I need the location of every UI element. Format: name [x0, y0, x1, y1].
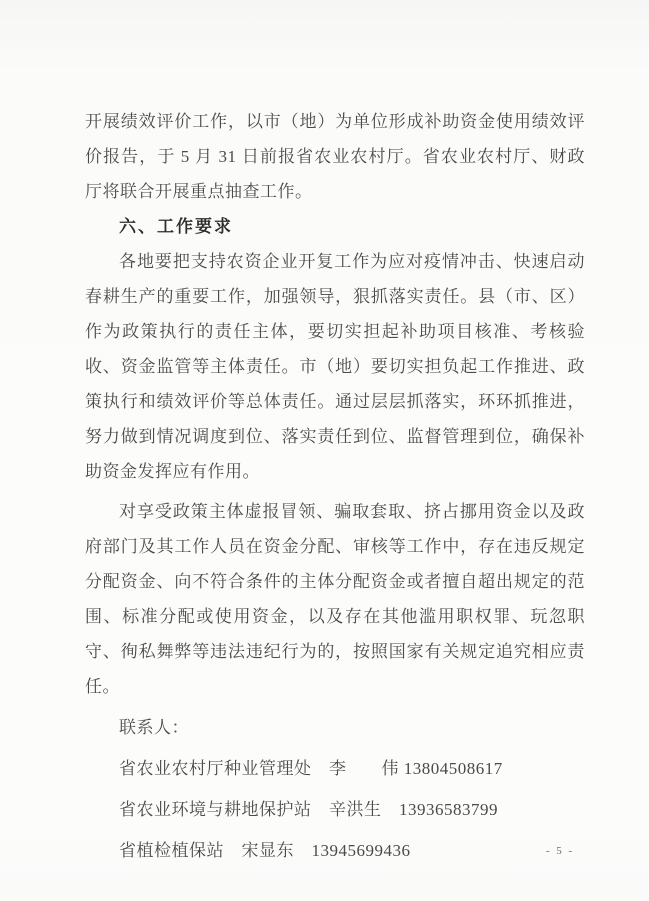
contact-line-farmland-protection: 省农业环境与耕地保护站 辛洪生 13936583799 — [85, 792, 585, 827]
contacts-label: 联系人： — [85, 710, 585, 745]
document-page: 开展绩效评价工作，以市（地）为单位形成补助资金使用绩效评价报告，于 5 月 31… — [0, 0, 649, 901]
paragraph-work-requirements: 各地要把支持农资企业开复工作为应对疫情冲击、快速启动春耕生产的重要工作，加强领导… — [85, 244, 585, 489]
contact-line-plant-protection: 省植检植保站 宋显东 13945699436 — [85, 833, 585, 868]
section-heading-six: 六、工作要求 — [85, 209, 585, 244]
contact-line-seed-management: 省农业农村厅种业管理处 李 伟 13804508617 — [85, 751, 585, 786]
paragraph-performance-evaluation: 开展绩效评价工作，以市（地）为单位形成补助资金使用绩效评价报告，于 5 月 31… — [85, 104, 585, 209]
paragraph-accountability: 对享受政策主体虚报冒领、骗取套取、挤占挪用资金以及政府部门及其工作人员在资金分配… — [85, 494, 585, 704]
document-body: 开展绩效评价工作，以市（地）为单位形成补助资金使用绩效评价报告，于 5 月 31… — [85, 104, 585, 868]
page-number: - 5 - — [535, 845, 585, 857]
